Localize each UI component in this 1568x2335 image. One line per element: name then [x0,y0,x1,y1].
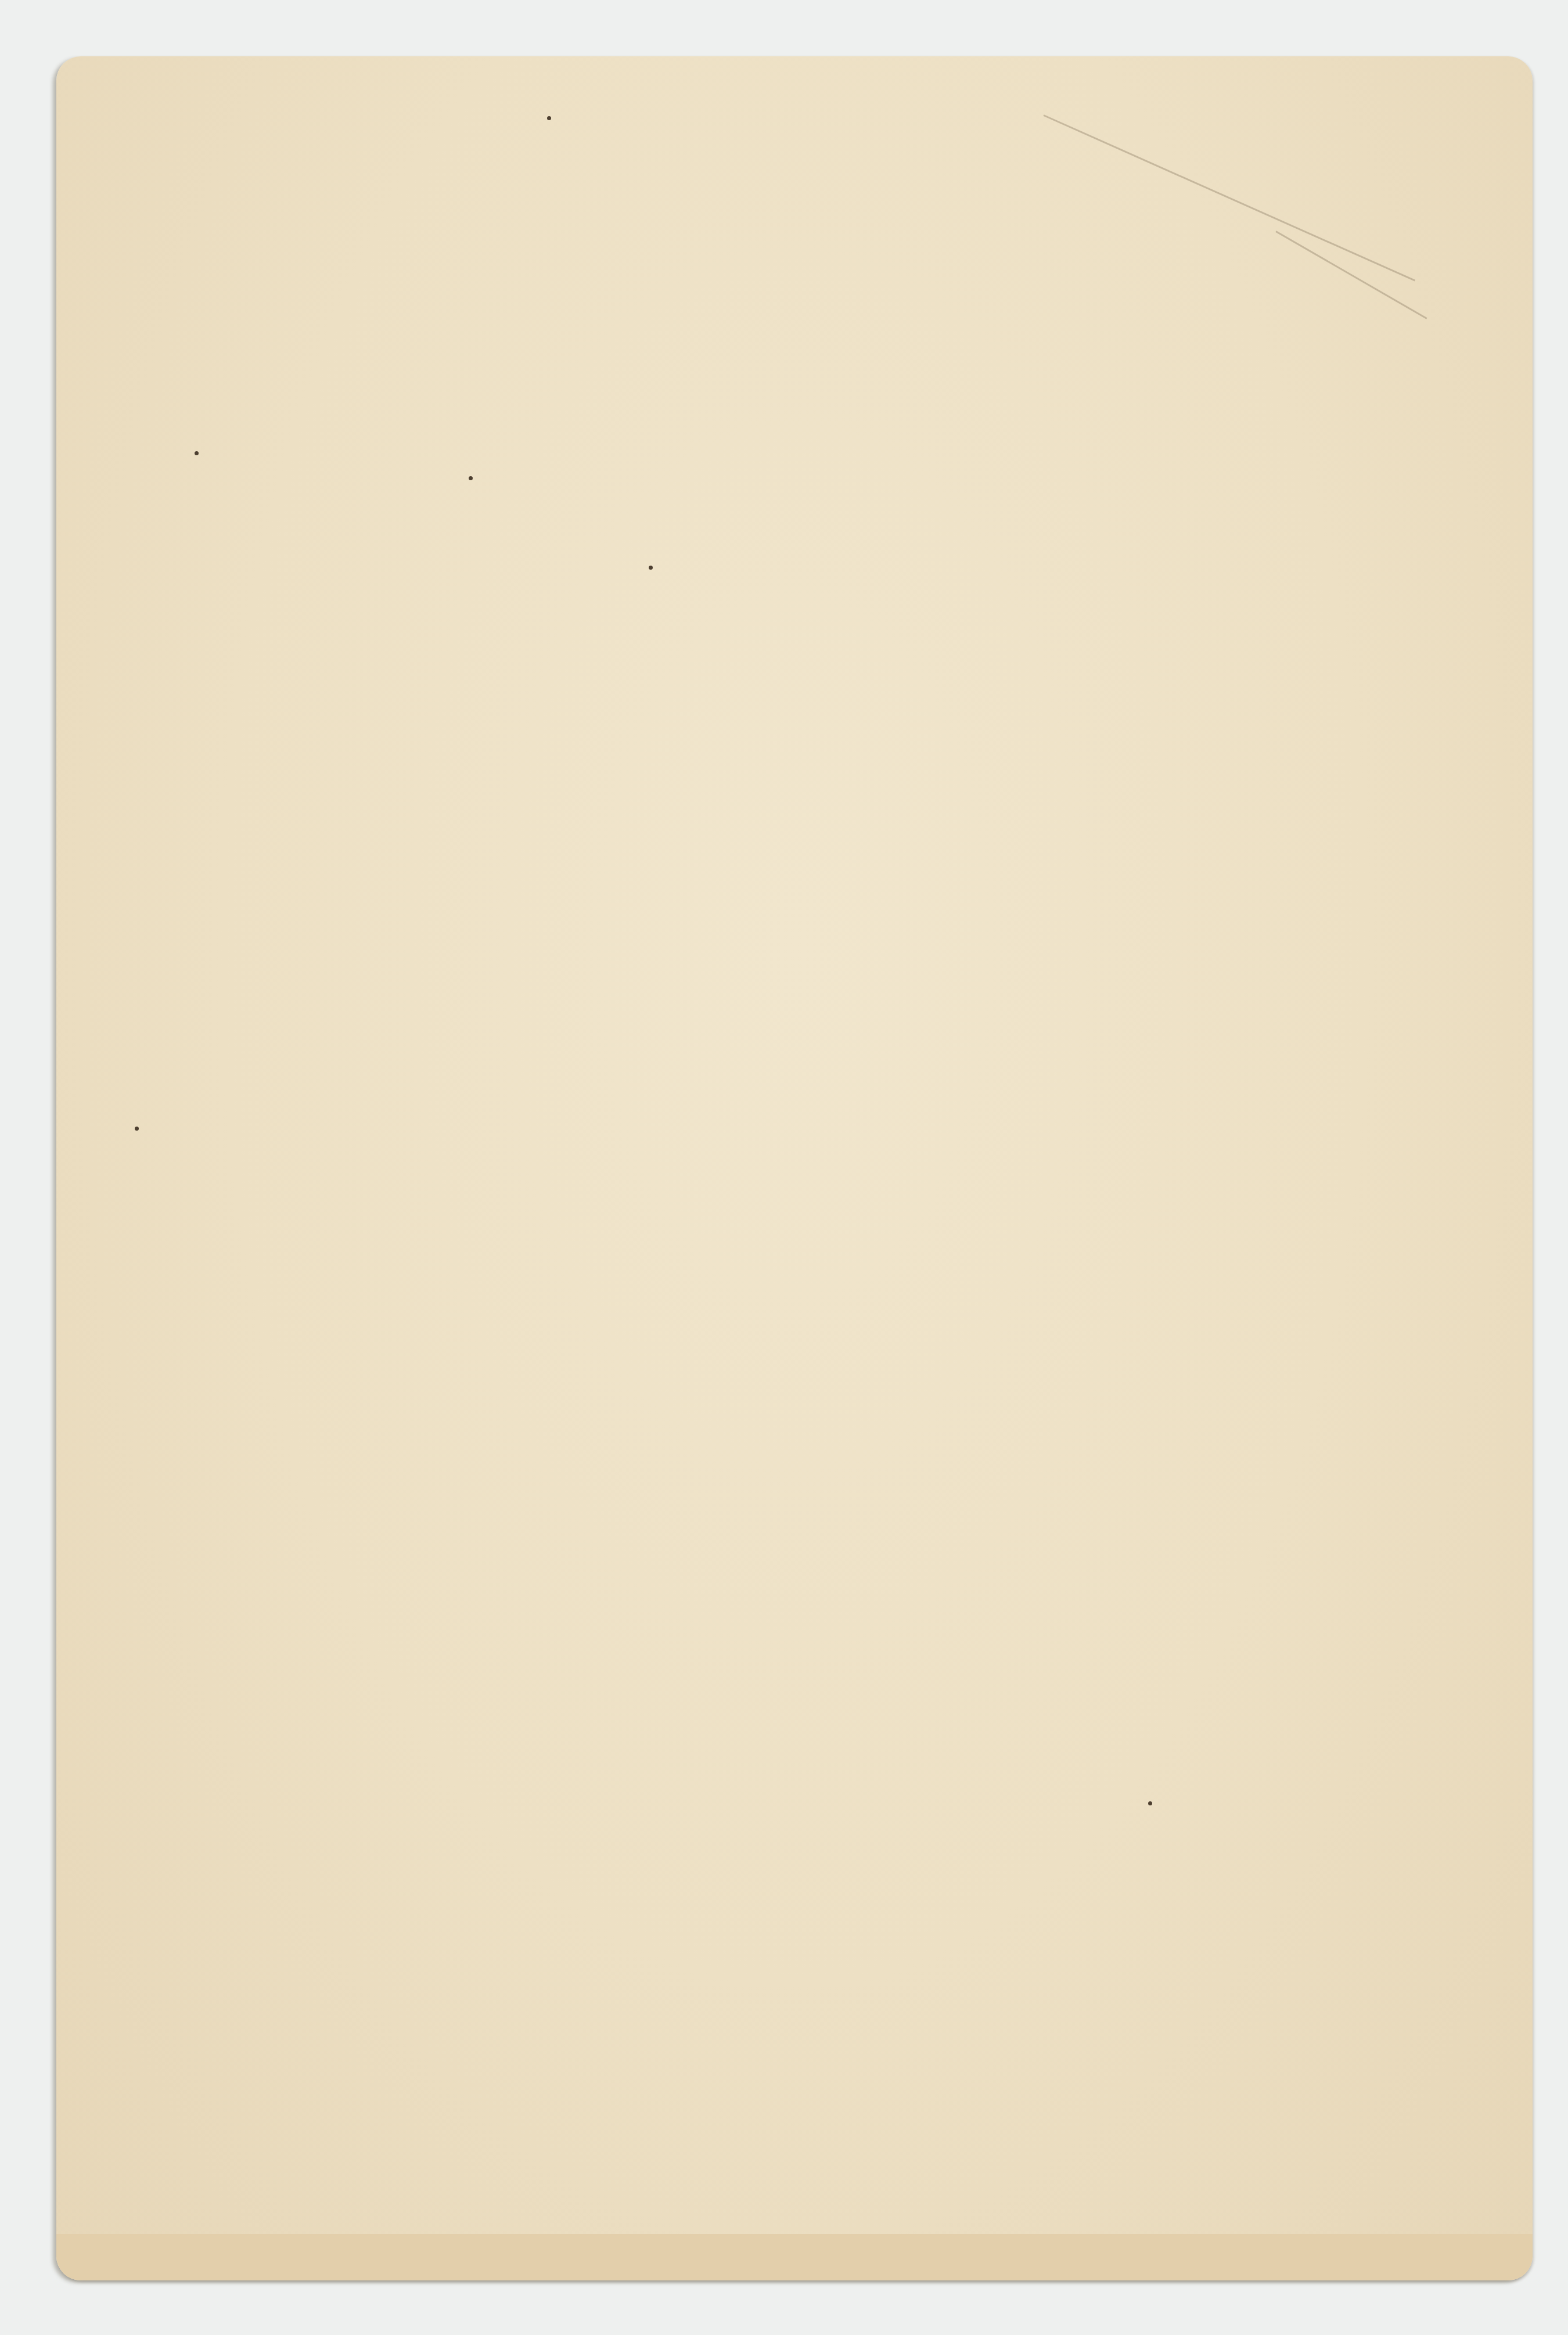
bottom-discoloration-band [56,2234,1533,2280]
card-back [56,56,1533,2280]
speck [469,476,473,480]
speck [649,566,653,570]
speck [195,451,199,455]
speck [547,116,551,120]
speck [1148,1801,1152,1805]
speck [135,1127,139,1131]
scratch-mark [1043,114,1415,281]
